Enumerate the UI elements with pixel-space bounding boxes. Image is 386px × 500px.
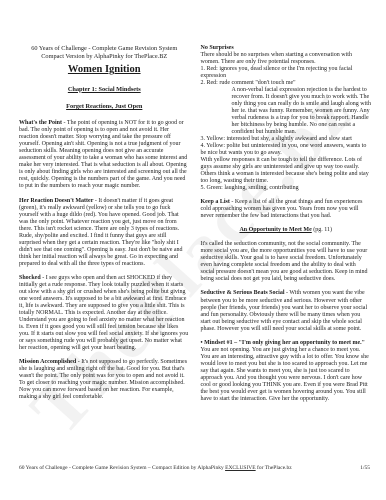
paragraph-lead: Mission Accomplished [19,359,76,365]
paragraph-keep-a-list: Keep a List - Keep a list of all the gre… [201,199,372,220]
header-line-2: Compact Version by AlphaPinky for ThePla… [19,53,190,61]
footer-text-post: for ThePlace.bz [256,465,292,471]
footer-text-pre: 60 Years of Challenge - Complete Game Re… [19,465,225,471]
paragraph-seductive-serious: Seductive & Serious Beats Social - With … [201,290,372,332]
opportunity-heading: An Opportunity to Meet Me (pg. 11) [201,227,372,234]
paragraph-lead: Keep a List [201,199,230,205]
paragraph-seduction-community: It's called the seduction community, not… [201,241,372,283]
page-content: 60 Years of Challenge - Complete Game Re… [19,45,371,403]
paragraph-lead: Her Reaction Doesn't Matter [19,198,93,204]
opportunity-heading-title: An Opportunity to Meet Me [239,227,311,233]
page-number: 1/55 [360,465,370,471]
paragraph-mindset-1: • Mindset #1 – "I'm only giving her an o… [201,340,372,403]
left-column: 60 Years of Challenge - Complete Game Re… [19,45,190,403]
header-line-1: 60 Years of Challenge - Complete Game Re… [19,45,190,53]
paragraph-body: It's not supposed to go perfectly. Somet… [19,359,187,400]
paragraph-body: I see guys who open and then act SHOCKED… [19,275,188,351]
response-item-4: 4. Yellow: polite but uninterested in yo… [201,143,372,157]
paragraph-body: The point of opening is NOT for it to go… [19,120,187,189]
paragraph-whats-the-point: What's the Point - The point of opening … [19,120,190,190]
no-surprises-heading: No Surprises [201,45,372,52]
mindset-1-heading: • Mindset #1 – "I'm only giving her an o… [201,340,372,347]
paragraph-lead: Seductive & Serious Beats Social [201,290,285,296]
footer-exclusive-label: EXCLUSIVE [225,465,256,471]
response-item-5: 5. Green: laughing, smiling, contributin… [201,185,372,192]
right-column: No Surprises There should be no surprise… [201,45,372,403]
page-footer: 60 Years of Challenge - Complete Game Re… [19,465,370,471]
document-page: ThePlace.bz 60 Years of Challenge - Comp… [0,0,386,500]
response-item-1: 1. Red: ignores you, dead silence or the… [201,66,372,80]
yellow-responses-note: With yellow responses it can be tough to… [201,157,372,185]
response-item-2-note: A non-verbal facial expression rejection… [232,87,372,136]
mindset-1-body: You are not opening. You are just giving… [201,347,372,403]
document-title: Women Ignition [19,64,190,76]
footer-text: 60 Years of Challenge - Complete Game Re… [19,465,292,471]
paragraph-her-reaction: Her Reaction Doesn't Matter - It doesn't… [19,198,190,268]
chapter-heading: Chapter 1: Social Mindsets [19,86,190,93]
paragraph-lead: What's the Point [19,120,62,126]
section-heading: Forget Reactions, Just Open [19,103,190,110]
opportunity-heading-page-ref: (pg. 11) [312,227,332,233]
paragraph-lead: Shocked [19,275,41,281]
paragraph-body: With women you want the vibe between you… [201,290,368,331]
response-item-3: 3. Yellow: interested but shy, a slightl… [201,136,372,143]
no-surprises-intro: There should be no surprises when starti… [201,52,372,66]
paragraph-mission-accomplished: Mission Accomplished - It's not supposed… [19,359,190,401]
paragraph-shocked: Shocked - I see guys who open and then a… [19,275,190,352]
paragraph-body: It doesn't matter if it goes great (gree… [19,198,183,267]
